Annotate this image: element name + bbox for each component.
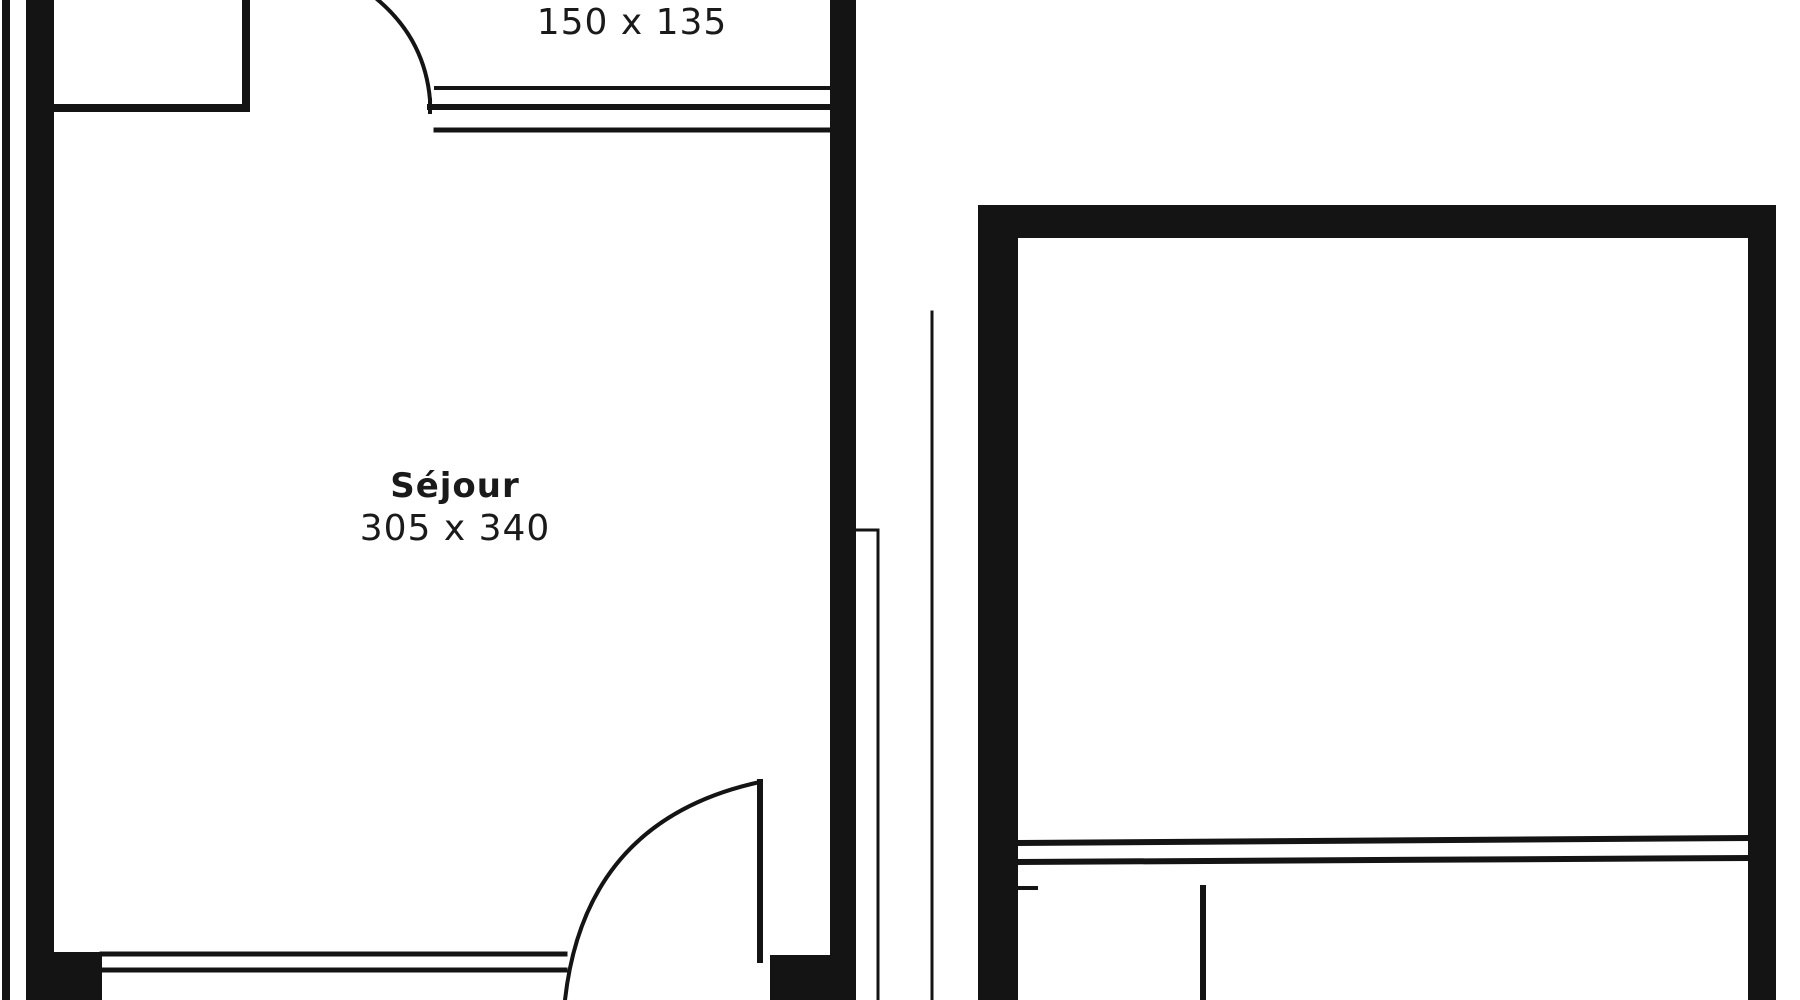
left-wall — [26, 0, 54, 1000]
top-door-arc — [378, 0, 430, 100]
top-left-box — [54, 0, 246, 108]
center-wall — [830, 0, 856, 1000]
sejour-room-dimensions: 305 x 340 — [335, 508, 575, 549]
right-room-left-wall — [978, 205, 1018, 1000]
right-partition-line-1 — [1018, 838, 1748, 843]
bottom-door-arc — [565, 782, 760, 1000]
bottom-door-jamb — [770, 955, 830, 1000]
floor-plan — [0, 0, 1800, 1000]
right-partition-line-2 — [1018, 858, 1748, 862]
sejour-room-name: Séjour — [355, 466, 555, 506]
right-room-right-wall — [1748, 205, 1776, 1000]
bottom-left-jamb — [54, 952, 102, 1000]
top-room-dimensions: 150 x 135 — [532, 2, 732, 43]
thin-vertical-line-a — [856, 530, 878, 1000]
right-room-top-wall — [978, 205, 1775, 238]
